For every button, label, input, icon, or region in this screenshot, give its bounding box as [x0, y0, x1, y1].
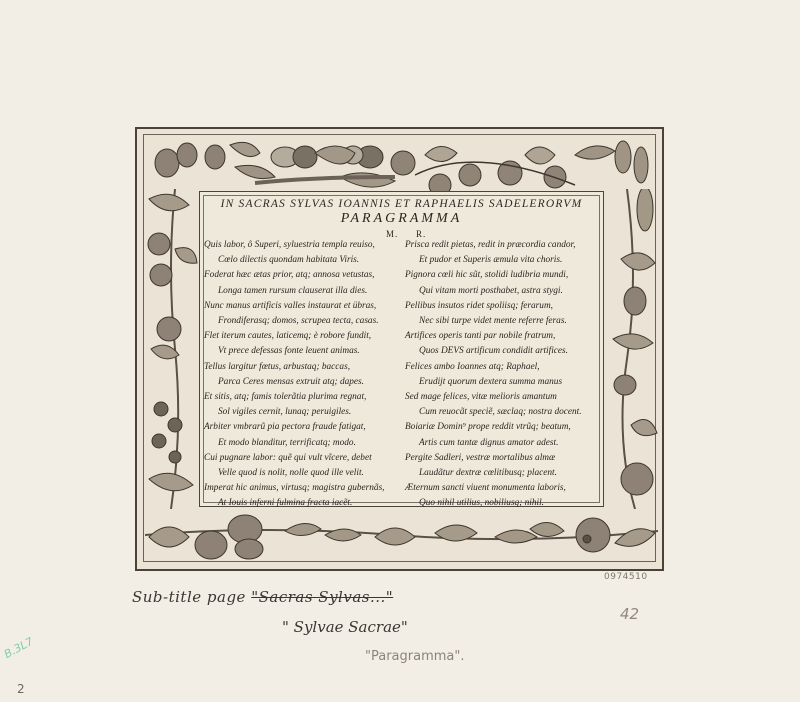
- verse-line: Pignora cœli hic sũt, stolidi ludibria m…: [405, 268, 605, 283]
- verse-line: Pergite Sadleri, vestræ mortalibus almæ: [405, 451, 605, 466]
- pea-pod-icon: [285, 522, 564, 543]
- right-border-ornament: [607, 189, 659, 509]
- verse-line: Frondiferasq; domos, scrupea tecta, casa…: [204, 314, 404, 329]
- verse-line: Nunc manus artificis valles instaurat et…: [204, 299, 404, 314]
- handwritten-subtitle-note: Sub-title page "Sacras Sylvas...": [132, 588, 393, 606]
- green-shelfmark: B.3L7: [2, 635, 36, 661]
- verse-line: Boiariæ Domin⁹ prope reddit vtrũq; beatu…: [405, 420, 605, 435]
- verse-line: Velle quod is nolit, nolle quod ille vel…: [204, 466, 404, 481]
- verse-line: Imperat hic animus, virtusq; magistra gu…: [204, 481, 404, 496]
- fruit-icon: [614, 375, 636, 395]
- verse-line: Nec sibi turpe videt mente referre feras…: [405, 314, 605, 329]
- fig-branch-icon: [155, 142, 275, 178]
- verse-line: Et modo blanditur, terrificatq; modo.: [204, 436, 404, 451]
- poem-column-left: Quis labor, ô Superi, syluestria templa …: [204, 238, 404, 512]
- hazelnut-icon: [391, 146, 575, 193]
- verse-line: Artis cum tantæ dignus amator adest.: [405, 436, 605, 451]
- verse-line: Prisca redit pietas, redit in præcordia …: [405, 238, 605, 253]
- pear-icon: [624, 287, 646, 315]
- verse-line: Pellibus insutos ridet spoliisq; ferarum…: [405, 299, 605, 314]
- pod-icon: [637, 189, 653, 231]
- mount-sheet: IN SACRAS SYLVAS IOANNIS ET RAPHAELIS SA…: [0, 0, 800, 702]
- verse-line: Foderat hæc ætas prior, atq; annosa vetu…: [204, 268, 404, 283]
- leaf-icon: [631, 420, 657, 436]
- verse-line: Tellus largitur fœtus, arbustaq; baccas,: [204, 360, 404, 375]
- verse-line: Artifices operis tanti par nobile fratru…: [405, 329, 605, 344]
- leaf-icon: [615, 529, 655, 547]
- verse-line: Arbiter vmbrarũ pia pectora fraude fatig…: [204, 420, 404, 435]
- struck-through-title: "Sacras Sylvas...": [251, 588, 393, 606]
- top-border-ornament: [145, 135, 658, 193]
- left-border-ornament: [145, 189, 199, 509]
- verse-line: Cœlo dilectis quondam habitata Viris.: [204, 253, 404, 268]
- verse-line: Quo nihil utilius, nobiliusq; nihil.: [405, 496, 605, 511]
- verse-line: Parca Ceres mensas extruit atq; dapes.: [204, 375, 404, 390]
- leaf-icon: [175, 248, 197, 264]
- verse-line: At Iouis inferni fulmina fracta iacẽt.: [204, 496, 404, 511]
- plate-heading: IN SACRAS SYLVAS IOANNIS ET RAPHAELIS SA…: [200, 198, 603, 210]
- bottom-border-ornament: [145, 507, 658, 563]
- leaf-icon: [149, 473, 193, 491]
- verse-line: Et sitis, atq; famis tolerãtia plurima r…: [204, 390, 404, 405]
- note-prefix: Sub-title page: [132, 588, 251, 606]
- plum-icon: [148, 233, 172, 286]
- corner-number: 2: [17, 682, 25, 696]
- plate-title: PARAGRAMMA: [200, 211, 603, 227]
- leaf-icon: [621, 253, 655, 270]
- verse-line: Cui pugnare labor: quẽ qui vult vĩcere, …: [204, 451, 404, 466]
- leaf-icon: [149, 194, 189, 211]
- pod-cluster-icon: [575, 141, 648, 183]
- verse-line: Vt prece defessas fonte leuent animas.: [204, 344, 404, 359]
- handwritten-correction: " Sylvae Sacrae": [282, 618, 408, 636]
- verse-line: Felices ambo Ioannes atq; Raphael,: [405, 360, 605, 375]
- verse-line: Flet iterum cautes, laticemq; è robore f…: [204, 329, 404, 344]
- quince-icon: [576, 518, 610, 552]
- pencil-paragramma-note: "Paragramma".: [365, 649, 464, 664]
- verse-line: Longa tamen rursum clauserat illa dies.: [204, 284, 404, 299]
- page-number: 42: [620, 605, 639, 623]
- engraved-plate: IN SACRAS SYLVAS IOANNIS ET RAPHAELIS SA…: [135, 127, 664, 571]
- verse-line: Laudãtur dextræ cœlitibusq; placent.: [405, 466, 605, 481]
- leaf-icon: [149, 527, 189, 547]
- pear-icon: [195, 515, 263, 559]
- verse-line: Cum reuocãt speciẽ, sæclaq; nostra docen…: [405, 405, 605, 420]
- verse-line: Sed mage felices, vitæ melioris amantum: [405, 390, 605, 405]
- poem-panel: IN SACRAS SYLVAS IOANNIS ET RAPHAELIS SA…: [199, 191, 604, 507]
- verse-line: Sol vigiles cernit, lunaq; peruigiles.: [204, 405, 404, 420]
- leaf-icon: [613, 334, 653, 349]
- verse-line: Erudijt quorum dextera summa manus: [405, 375, 605, 390]
- poem-column-right: Prisca redit pietas, redit in præcordia …: [405, 238, 605, 512]
- verse-line: Quos DEVS artificum condidit artifices.: [405, 344, 605, 359]
- accession-number: 0974510: [604, 572, 648, 582]
- verse-line: Quis labor, ô Superi, syluestria templa …: [204, 238, 404, 253]
- leaf-icon: [375, 525, 477, 545]
- verse-line: Et pudor et Superis æmula vita choris.: [405, 253, 605, 268]
- verse-line: Qui vitam morti posthabet, astra stygi.: [405, 284, 605, 299]
- pomegranate-icon: [157, 317, 181, 341]
- apple-icon: [621, 463, 653, 495]
- verse-line: Æternum sancti viuent monumenta laboris,: [405, 481, 605, 496]
